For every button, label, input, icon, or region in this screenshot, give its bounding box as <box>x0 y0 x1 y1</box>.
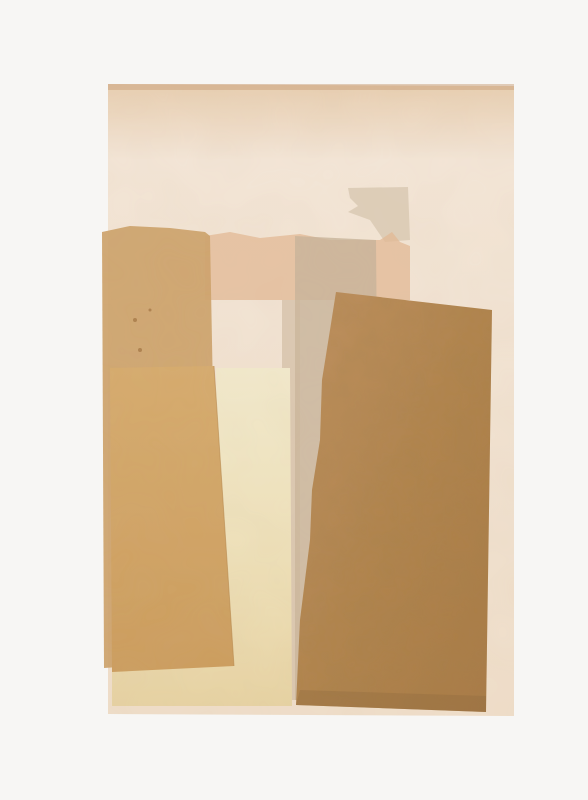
collage-canvas <box>0 0 588 800</box>
stain-mark <box>149 309 152 312</box>
stain-mark <box>138 348 142 352</box>
base-sheet-top-stain <box>108 84 514 90</box>
stain-mark <box>133 318 137 322</box>
collage-artwork <box>0 0 588 800</box>
paper-ochre-sheet <box>110 366 234 672</box>
